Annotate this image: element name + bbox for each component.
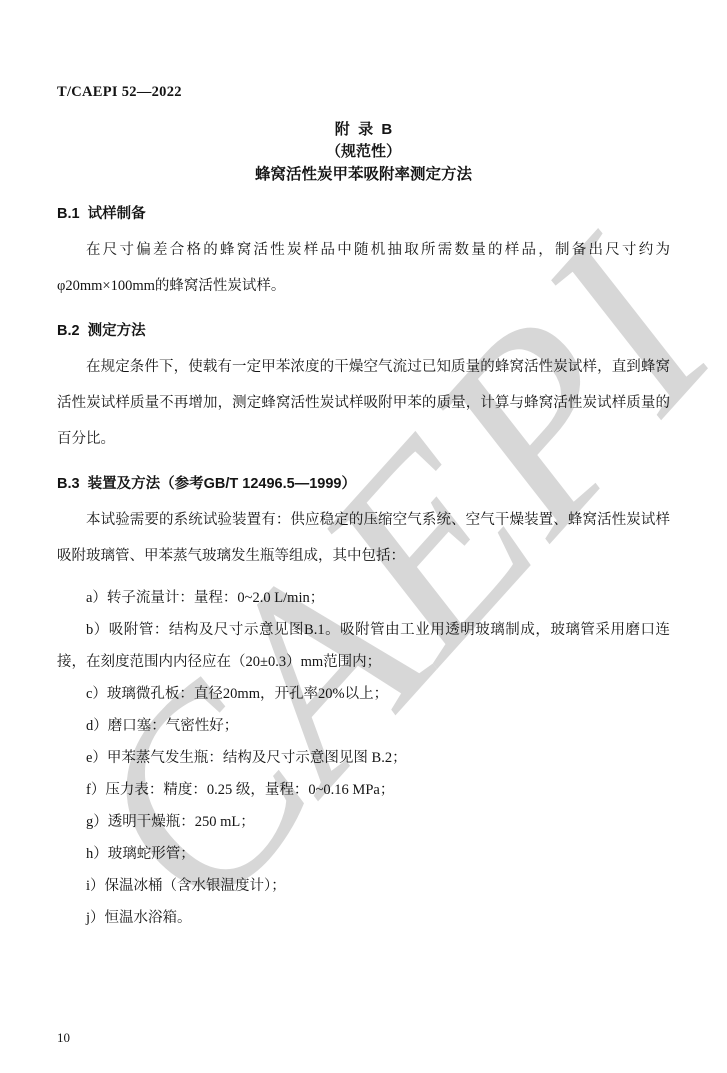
document-page: CAEPI T/CAEPI 52—2022 附 录 B （规范性） 蜂窝活性炭甲…: [0, 0, 727, 1073]
apparatus-item-c: c）玻璃微孔板：直径20mm，开孔率20%以上；: [57, 678, 670, 710]
apparatus-item-b: b）吸附管：结构及尺寸示意见图B.1。吸附管由工业用透明玻璃制成，玻璃管采用磨口…: [57, 614, 670, 678]
page-content: T/CAEPI 52—2022 附 录 B （规范性） 蜂窝活性炭甲苯吸附率测定…: [0, 0, 727, 934]
apparatus-item-h: h）玻璃蛇形管；: [57, 838, 670, 870]
section-b2: B.2 测定方法 在规定条件下，使载有一定甲苯浓度的干燥空气流过已知质量的蜂窝活…: [57, 319, 670, 457]
standard-number-header: T/CAEPI 52—2022: [57, 84, 670, 101]
section-b3-heading: B.3 装置及方法（参考GB/T 12496.5—1999）: [57, 472, 670, 496]
apparatus-item-a: a）转子流量计：量程：0~2.0 L/min；: [57, 582, 670, 614]
section-b3: B.3 装置及方法（参考GB/T 12496.5—1999） 本试验需要的系统试…: [57, 472, 670, 934]
appendix-title-line1: 附 录 B: [57, 119, 670, 141]
section-b2-heading: B.2 测定方法: [57, 319, 670, 343]
apparatus-list: a）转子流量计：量程：0~2.0 L/min； b）吸附管：结构及尺寸示意见图B…: [57, 582, 670, 934]
section-b3-paragraph: 本试验需要的系统试验装置有：供应稳定的压缩空气系统、空气干燥装置、蜂窝活性炭试样…: [57, 502, 670, 574]
apparatus-item-j: j）恒温水浴箱。: [57, 902, 670, 934]
appendix-title-line2: （规范性）: [57, 141, 670, 163]
section-b1-paragraph: 在尺寸偏差合格的蜂窝活性炭样品中随机抽取所需数量的样品，制备出尺寸约为φ20mm…: [57, 232, 670, 304]
apparatus-item-d: d）磨口塞：气密性好；: [57, 710, 670, 742]
appendix-title-block: 附 录 B （规范性） 蜂窝活性炭甲苯吸附率测定方法: [57, 119, 670, 187]
section-b2-paragraph: 在规定条件下，使载有一定甲苯浓度的干燥空气流过已知质量的蜂窝活性炭试样，直到蜂窝…: [57, 349, 670, 457]
apparatus-item-g: g）透明干燥瓶：250 mL；: [57, 806, 670, 838]
section-b1: B.1 试样制备 在尺寸偏差合格的蜂窝活性炭样品中随机抽取所需数量的样品，制备出…: [57, 202, 670, 304]
appendix-title-line3: 蜂窝活性炭甲苯吸附率测定方法: [57, 163, 670, 187]
page-number: 10: [57, 1030, 70, 1046]
section-b1-heading: B.1 试样制备: [57, 202, 670, 226]
apparatus-item-f: f）压力表：精度：0.25 级，量程：0~0.16 MPa；: [57, 774, 670, 806]
apparatus-item-e: e）甲苯蒸气发生瓶：结构及尺寸示意图见图 B.2；: [57, 742, 670, 774]
apparatus-item-i: i）保温冰桶（含水银温度计）；: [57, 870, 670, 902]
